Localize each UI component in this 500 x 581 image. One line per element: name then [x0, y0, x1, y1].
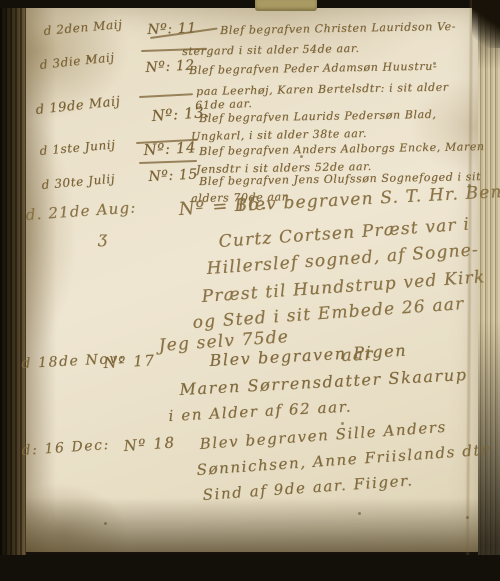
ink-speck [468, 184, 471, 187]
entry-number: Nº: 15 [148, 166, 198, 185]
entry-number: Nº 17 [103, 351, 156, 372]
ink-speck [104, 522, 107, 525]
ink-speck [466, 516, 469, 519]
ink-speck [88, 57, 91, 60]
ink-speck [433, 62, 436, 65]
ink-speck [358, 512, 361, 515]
entry-number: Nº 18 [123, 433, 176, 455]
register-photo: d 2den MaijNº: 11Blef begrafven Christen… [0, 0, 500, 581]
bookmark-tab [255, 0, 317, 11]
ink-speck [300, 155, 303, 158]
top-right-corner-shadow [472, 0, 500, 48]
book-binding [0, 0, 26, 581]
page-edge-stack [478, 0, 500, 581]
ink-speck [341, 422, 344, 425]
entry-number: Nº: 12 [145, 57, 195, 76]
entry-flourish: ʒ [98, 228, 108, 247]
top-edge-shadow [0, 0, 500, 8]
bottom-edge-shadow [0, 555, 500, 581]
